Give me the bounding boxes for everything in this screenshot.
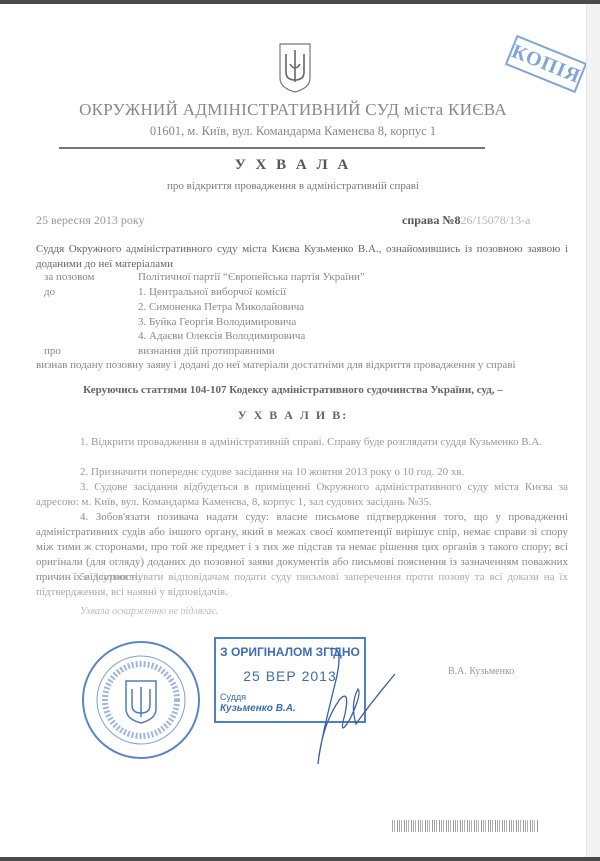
page-edge <box>586 4 600 857</box>
party-value: 3. Буйка Георгія Володимировича <box>138 316 296 328</box>
header-divider <box>59 147 485 149</box>
party-value: 4. Адаєви Олексія Володимировича <box>138 330 305 342</box>
signature-icon <box>290 644 400 774</box>
signer-name: В.А. Кузьменко <box>448 666 514 677</box>
decision-item: 3. Судове засідання відбудеться в приміщ… <box>36 480 568 510</box>
case-label: справа №8 <box>402 213 460 227</box>
party-value: 2. Симоненка Петра Миколайовича <box>138 301 304 313</box>
trident-emblem-icon <box>277 42 313 94</box>
party-value: Політичної партії “Європейська партія Ук… <box>138 271 365 283</box>
document-page: КОПІЯ ОКРУЖНИЙ АДМІНІСТРАТИВНИЙ СУД міст… <box>0 4 586 857</box>
court-name: ОКРУЖНИЙ АДМІНІСТРАТИВНИЙ СУД міста КИЄВ… <box>0 100 586 120</box>
copy-stamp: КОПІЯ <box>505 35 587 93</box>
party-value: 1. Центральної виборчої комісії <box>138 286 286 298</box>
guided-by-line: Керуючись статтями 104-107 Кодексу адмін… <box>0 384 586 396</box>
court-address: 01601, м. Київ, вул. Командарма Каменєва… <box>0 124 586 139</box>
barcode <box>392 820 538 832</box>
party-label: за позовом <box>44 271 95 283</box>
document-date: 25 вересня 2013 року <box>36 213 144 228</box>
decision-item: 2. Призначити попереднє судове засідання… <box>36 465 568 480</box>
party-value: визнання дій протиправними <box>138 345 275 357</box>
case-number-value: 26/15078/13-а <box>460 213 530 227</box>
intro-paragraph: Суддя Окружного адміністративного суду м… <box>36 242 568 272</box>
decision-item: 5. Запропонувати відповідачам подати суд… <box>36 570 568 600</box>
case-number: справа №826/15078/13-а <box>402 213 530 228</box>
decided-heading: У Х В А Л И В: <box>0 408 586 423</box>
document-title: У Х В А Л А <box>0 157 586 174</box>
stamp-role: Суддя <box>220 692 246 702</box>
document-subtitle: про відкриття провадження в адміністрати… <box>0 180 586 192</box>
party-label: до <box>44 286 55 298</box>
decision-item: 1. Відкрити провадження в адміністративн… <box>36 435 568 450</box>
appeal-note: Ухвала оскарженню не підлягає. <box>80 606 218 617</box>
finding-paragraph: визнав подану позовну заяву і додані до … <box>36 358 568 373</box>
court-seal-icon <box>80 639 202 761</box>
stamp-name: Кузьменко В.А. <box>220 703 296 714</box>
party-label: про <box>44 345 61 357</box>
